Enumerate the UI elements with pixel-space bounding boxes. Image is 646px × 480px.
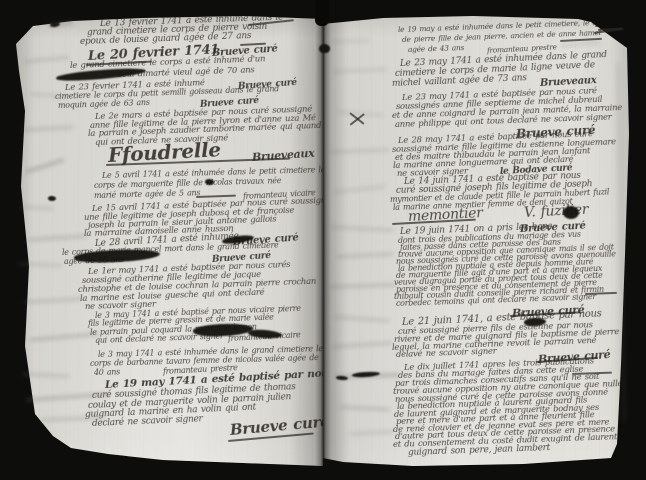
right-page: le 19 may a esté inhumée dans le petit c… bbox=[323, 14, 636, 466]
signature-brueve: Brueveaux bbox=[252, 148, 315, 163]
manuscript-line: declaré ne scavoir signer bbox=[92, 415, 203, 429]
left-page-text-layer: Le 13 fevrier 1741 a esté inhumé dans le… bbox=[13, 16, 323, 466]
manuscript-line: moquin agée de 63 ans bbox=[58, 99, 150, 110]
manuscript-line: agée de 50 ans bbox=[64, 256, 124, 266]
signature-fuzilier: V. fuzilier bbox=[524, 203, 589, 220]
signature-brueve-cure: Brueve curé bbox=[229, 414, 323, 438]
manuscript-line: marié morte agée de 5 ans bbox=[94, 189, 200, 200]
signature-foudrelle: Ffoudrelle bbox=[107, 139, 221, 165]
page-number-marker: 2me f. bbox=[594, 14, 636, 29]
right-page-text-layer: le 19 may a esté inhumée dans le petit c… bbox=[323, 14, 636, 466]
manuscript-line: agée de 43 ans bbox=[408, 44, 464, 53]
binding-clamp-mark bbox=[315, 0, 329, 26]
manuscript-line: qui ont declaré ne scavoir signer bbox=[95, 333, 224, 345]
manuscript-scan: Le 13 fevrier 1741 a esté inhumé dans le… bbox=[0, 0, 646, 480]
manuscript-line: fromanteau vicaire bbox=[228, 331, 301, 343]
signature-memontier: memontier bbox=[408, 206, 483, 224]
left-page: Le 13 fevrier 1741 a esté inhumé dans le… bbox=[13, 16, 323, 466]
manuscript-line: delavé ne scavoir signer bbox=[396, 347, 497, 359]
manuscript-line: 40 ans bbox=[94, 368, 120, 377]
